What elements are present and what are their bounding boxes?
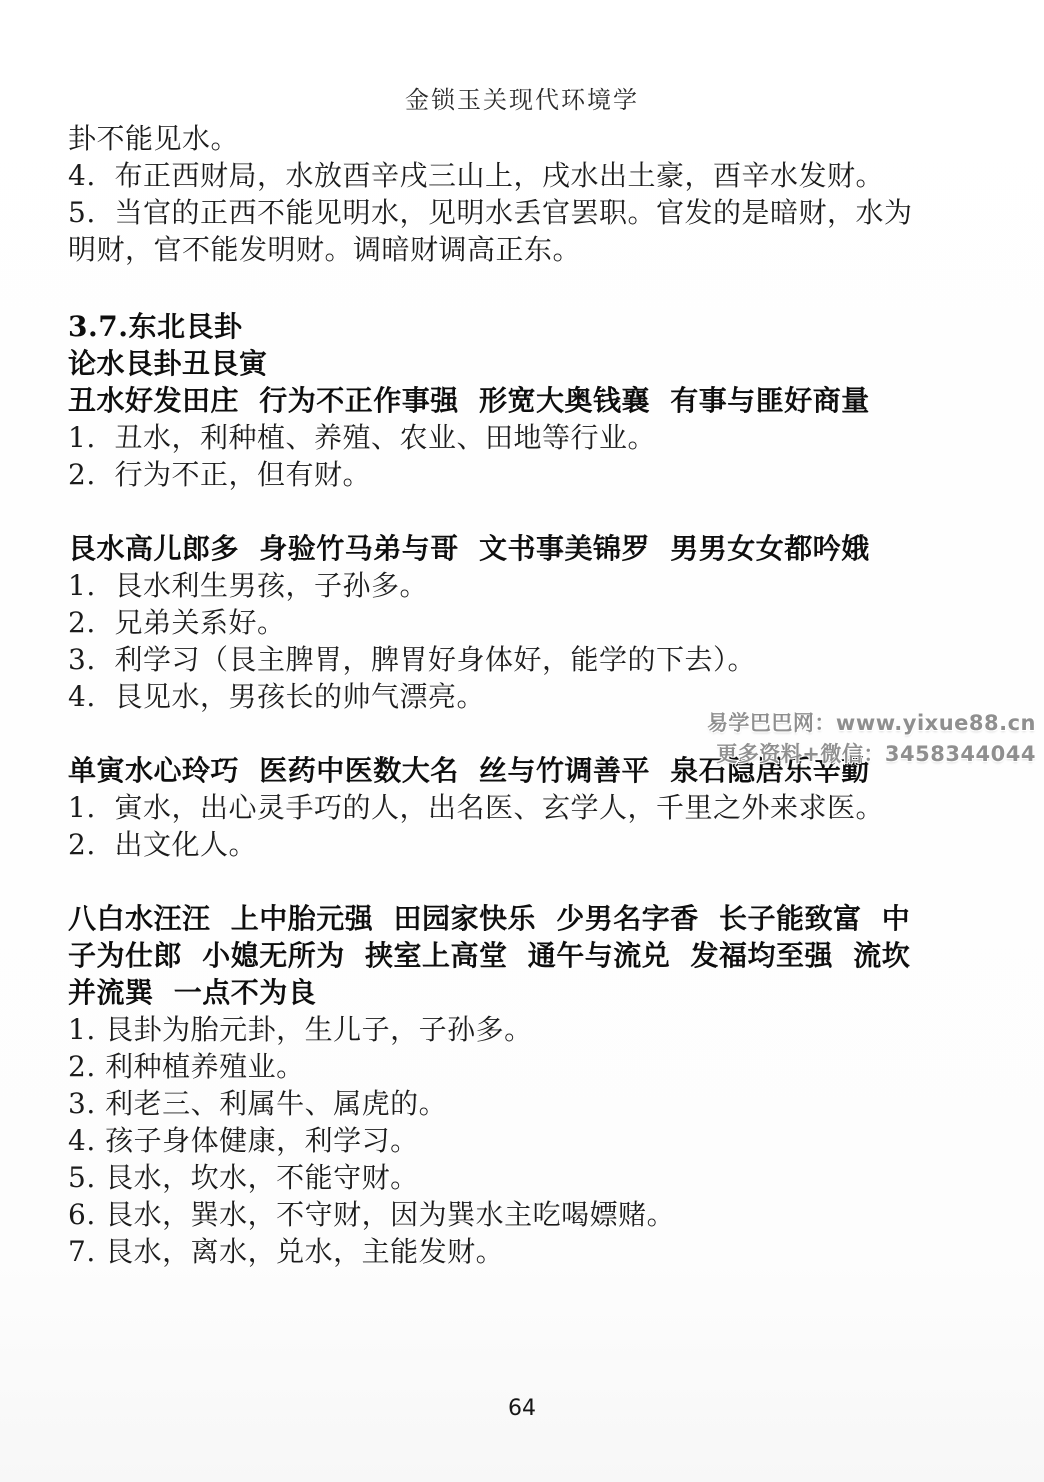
list-item: 4. 孩子身体健康，利学习。 xyxy=(68,1122,992,1159)
list-item: 2. 利种植养殖业。 xyxy=(68,1048,992,1085)
poem-headline-gen: 艮水高儿郎多 身验竹马弟与哥 文书事美锦罗 男男女女都吟娥 xyxy=(68,530,992,567)
list-item: 3. 利学习（艮主脾胃，脾胃好身体好，能学的下去）。 xyxy=(68,641,992,678)
poem-headline-chou: 丑水好发田庄 行为不正作事强 形宽大奥钱襄 有事与匪好商量 xyxy=(68,382,992,419)
intro-line: 卦不能见水。 xyxy=(68,120,992,157)
page-number: 64 xyxy=(0,1396,1044,1421)
watermark-site-line: 易学巴巴网：www.yixue88.cn xyxy=(707,708,1036,739)
list-item: 2. 出文化人。 xyxy=(68,826,992,863)
list-item: 1. 丑水，利种植、养殖、农业、田地等行业。 xyxy=(68,419,992,456)
page-header-book-title: 金锁玉关现代环境学 xyxy=(0,80,1044,115)
intro-line: 4. 布正西财局，水放酉辛戌三山上，戌水出土豪，酉辛水发财。 xyxy=(68,157,992,194)
spacer xyxy=(68,268,992,308)
page-body-text: 卦不能见水。 4. 布正西财局，水放酉辛戌三山上，戌水出土豪，酉辛水发财。 5.… xyxy=(68,120,992,1270)
list-item: 6. 艮水，巽水，不守财，因为巽水主吃喝嫖赌。 xyxy=(68,1196,992,1233)
spacer xyxy=(68,863,992,900)
list-item: 1. 艮水利生男孩，子孙多。 xyxy=(68,567,992,604)
list-item: 2. 行为不正，但有财。 xyxy=(68,456,992,493)
intro-line: 5. 当官的正西不能见明水，见明水丢官罢职。官发的是暗财，水为 xyxy=(68,194,992,231)
site-watermark: 易学巴巴网：www.yixue88.cn 更多资料+微信：3458344044 xyxy=(707,708,1036,770)
spacer xyxy=(68,493,992,530)
intro-line: 明财，官不能发明财。调暗财调高正东。 xyxy=(68,231,992,268)
poem-headline-babai-line: 八白水汪汪 上中胎元强 田园家快乐 少男名字香 长子能致富 中 xyxy=(68,900,992,937)
list-item: 3. 利老三、利属牛、属虎的。 xyxy=(68,1085,992,1122)
list-item: 1. 寅水，出心灵手巧的人，出名医、玄学人，千里之外来求医。 xyxy=(68,789,992,826)
list-item: 2. 兄弟关系好。 xyxy=(68,604,992,641)
section-heading: 3.7.东北艮卦 xyxy=(68,308,992,345)
scanned-book-page: 金锁玉关现代环境学 卦不能见水。 4. 布正西财局，水放酉辛戌三山上，戌水出土豪… xyxy=(0,0,1044,1482)
poem-headline-babai-line: 并流巽 一点不为良 xyxy=(68,974,992,1011)
section-subheading: 论水艮卦丑艮寅 xyxy=(68,345,992,382)
list-item: 7. 艮水，离水，兑水，主能发财。 xyxy=(68,1233,992,1270)
list-item: 1. 艮卦为胎元卦，生儿子，子孙多。 xyxy=(68,1011,992,1048)
poem-headline-babai-line: 子为仕郎 小媳无所为 挟室上高堂 通午与流兑 发福均至强 流坎 xyxy=(68,937,992,974)
watermark-wechat-line: 更多资料+微信：3458344044 xyxy=(707,739,1036,770)
list-item: 5. 艮水，坎水，不能守财。 xyxy=(68,1159,992,1196)
